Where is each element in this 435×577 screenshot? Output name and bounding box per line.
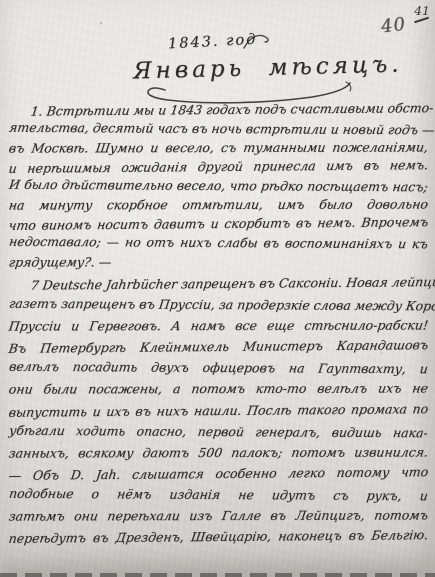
handwritten-line: переѣдутъ въ Дрезденъ, Швейцарію, наконе… (7, 524, 429, 549)
date-flourish-stroke (242, 30, 272, 52)
handwritten-line: грядущему?. — (8, 251, 430, 271)
handwritten-line: газетъ запрещенъ въ Пруссіи, за продерзк… (8, 293, 429, 317)
scanned-manuscript-page: 40 41 1843. год Январь мѣсяцъ. 1. Встрѣт… (0, 0, 435, 577)
handwritten-line: убѣгали ходить опасно, первой генералъ, … (8, 419, 429, 443)
handwritten-line: подобные о нёмъ изданія не идутъ съ рукъ… (8, 483, 429, 507)
manuscript-body: 1. Встрѣтили мы и 1843 годахъ подъ счаст… (9, 100, 428, 547)
handwritten-line: — Объ D. Jah. слышатся особенно легко по… (7, 461, 429, 486)
entry-title: Январь мѣсяцъ. (133, 51, 403, 84)
handwritten-line: они были посажены, а потомъ кто-то велѣл… (7, 378, 429, 400)
paragraph-new-year: 1. Встрѣтили мы и 1843 годахъ подъ счаст… (9, 100, 428, 271)
paragraph-jahrbuecher: 7 Deutsche Jahrbücher запрещенъ въ Саксо… (9, 273, 428, 547)
page-number-pencil: 40 (380, 14, 407, 38)
handwritten-line: ятельства, десятый часъ въ ночь встрѣтил… (8, 118, 429, 140)
handwritten-line: Пруссіи и Гервеговъ. А намъ все еще стѣс… (7, 315, 429, 337)
handwritten-line: затѣмъ они переѣхали изъ Галле въ Лейпци… (7, 504, 429, 526)
page-bottom-edge (0, 573, 435, 577)
handwritten-line: И было дѣйствительно весело, что рѣдко п… (8, 175, 429, 197)
handwritten-line: недоставало; — но отъ нихъ слабы въ восп… (8, 232, 429, 254)
page-number-ink: 41 (414, 3, 430, 21)
handwritten-line: въ Москвѣ. Шумно и весело, съ туманными … (8, 137, 430, 157)
handwritten-line: велѣлъ посадить двухъ офицеровъ на Гаупт… (8, 356, 429, 380)
handwritten-line: выпустить и ихъ въ нихъ нашли. Послѣ так… (7, 398, 429, 423)
scan-speck-artifacts (100, 22, 102, 24)
handwritten-line: на минуту скорбное отмѣтили, имъ было до… (8, 194, 430, 214)
handwritten-line: занныхъ, всякому даютъ 500 палокъ; потом… (7, 441, 429, 463)
